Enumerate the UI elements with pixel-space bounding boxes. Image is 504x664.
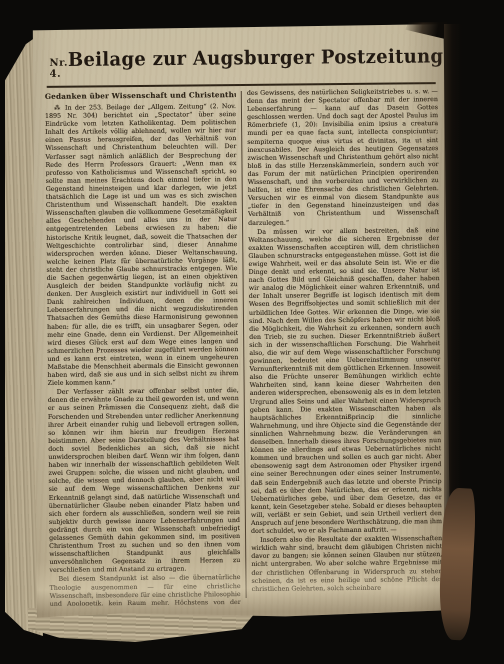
paragraph: ⁂ In der 253. Beilage der „Allgem. Zeitu… bbox=[45, 103, 239, 388]
paragraph: Bei diesem Standpunkt ist also — die übe… bbox=[49, 574, 240, 605]
photo-background: Nr. 4. Beilage zur Augsburger Postzeitun… bbox=[0, 0, 504, 664]
newspaper-page: Nr. 4. Beilage zur Augsburger Postzeitun… bbox=[31, 24, 451, 620]
page-wrap: Nr. 4. Beilage zur Augsburger Postzeitun… bbox=[31, 24, 451, 620]
left-column: Gedanken über Wissenschaft und Christent… bbox=[45, 90, 241, 606]
masthead: Nr. 4. Beilage zur Augsburger Postzeitun… bbox=[49, 46, 434, 80]
paragraph: Insofern also die Resultate der exakten … bbox=[251, 535, 443, 593]
masthead-title: Beilage zur Augsburger Postzeitung. bbox=[68, 45, 450, 71]
issue-number: Nr. 4. bbox=[49, 58, 68, 80]
paragraph: des Gewissens, des natürlichen Seligkeit… bbox=[247, 88, 439, 227]
article-heading: Gedanken über Wissenschaft und Christent… bbox=[45, 90, 236, 101]
paragraph: Da müssen wir vor allem bestreiten, daß … bbox=[248, 227, 442, 536]
article-columns: Gedanken über Wissenschaft und Christent… bbox=[45, 88, 443, 606]
right-column: des Gewissens, des natürlichen Seligkeit… bbox=[247, 88, 443, 604]
masthead-rule bbox=[47, 82, 436, 88]
column-divider bbox=[241, 91, 247, 598]
paragraph: Der Verfasser zählt zwar offenbar selbst… bbox=[48, 387, 241, 575]
